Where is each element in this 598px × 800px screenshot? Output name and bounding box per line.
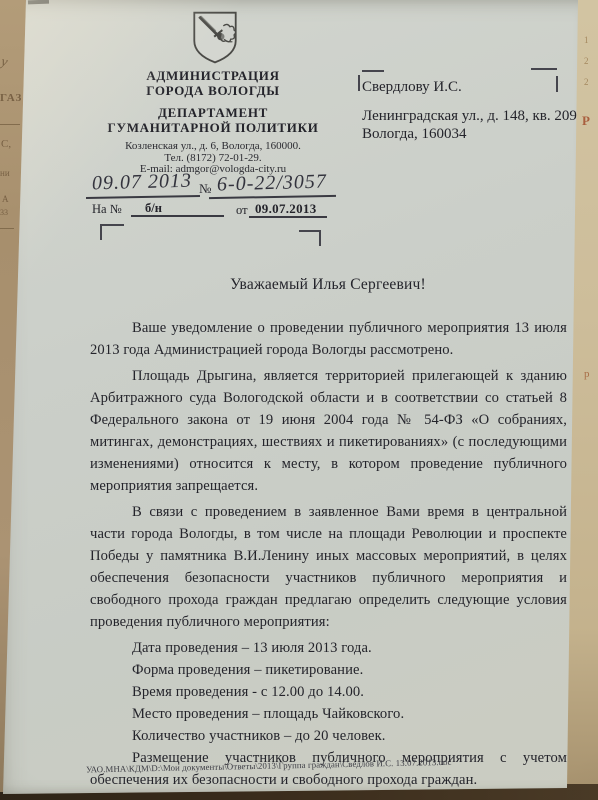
body-paragraph: Ваше уведомление о проведении публичного… <box>90 317 567 361</box>
recipient-address-line1: Ленинградская ул., д. 148, кв. 209 <box>362 108 562 126</box>
recipient-name: Свердлову И.С. <box>362 78 562 96</box>
letter-page: АДМИНИСТРАЦИЯ ГОРОДА ВОЛОГДЫ ДЕПАРТАМЕНТ… <box>0 0 598 800</box>
vologda-coat-of-arms-icon <box>190 11 240 64</box>
reply-date-underline <box>249 216 327 218</box>
corner-mark <box>299 230 321 232</box>
recipient-block: Свердлову И.С. Ленинградская ул., д. 148… <box>362 78 562 143</box>
org-name-line2: ГОРОДА ВОЛОГДЫ <box>82 83 344 98</box>
handwritten-outgoing-number: 6-0-22/3057 <box>217 170 327 196</box>
side-paper-text-fragment: Р <box>582 113 590 129</box>
condition-line: Место проведения – площадь Чайковского. <box>90 703 567 725</box>
org-name-line1: АДМИНИСТРАЦИЯ <box>82 68 344 83</box>
old-paper-text-fragment: у <box>0 55 9 72</box>
photographed-letter-scene: уГАЗС,ниА33 1 2 2Рр АДМИНИСТРАЦИЯ ГОРОДА… <box>0 0 598 800</box>
corner-mark <box>100 224 124 226</box>
condition-line: Форма проведения – пикетирование. <box>90 659 567 681</box>
recipient-corner-mark <box>531 68 557 70</box>
scan-mark <box>28 0 49 4</box>
body-paragraph: В связи с проведением в заявленное Вами … <box>90 501 567 633</box>
condition-line: Время проведения - с 12.00 до 14.00. <box>90 681 567 703</box>
old-paper-text-fragment: ГАЗ <box>0 92 22 104</box>
from-label: от <box>236 203 248 218</box>
corner-mark <box>319 232 321 246</box>
old-paper-text-fragment: С, <box>1 138 11 150</box>
condition-line: Количество участников – до 20 человек. <box>90 725 567 747</box>
condition-line: Дата проведения – 13 июля 2013 года. <box>90 637 567 659</box>
dept-name-line2: ГУМАНИТАРНОЙ ПОЛИТИКИ <box>82 120 344 135</box>
salutation: Уважаемый Илья Сергеевич! <box>90 276 566 294</box>
old-paper-rule <box>0 228 14 229</box>
old-paper-rule <box>0 124 20 125</box>
letterhead: АДМИНИСТРАЦИЯ ГОРОДА ВОЛОГДЫ ДЕПАРТАМЕНТ… <box>82 68 344 176</box>
handwritten-date: 09.07 2013 <box>92 170 193 196</box>
old-paper-text-fragment: ни <box>0 168 10 178</box>
reply-number: б/н <box>145 201 162 216</box>
number-sign: № <box>199 181 211 197</box>
old-paper-text-fragment: А <box>2 194 9 204</box>
date-underline <box>86 195 200 199</box>
reply-to-label: На № <box>92 202 122 217</box>
dept-name-line1: ДЕПАРТАМЕНТ <box>82 105 344 120</box>
reply-number-underline <box>131 215 224 217</box>
side-paper-text-fragment: р <box>584 368 590 380</box>
org-address: Козленская ул., д. 6, Вологда, 160000. <box>82 141 344 153</box>
reply-date: 09.07.2013 <box>255 201 317 217</box>
corner-mark <box>100 225 102 240</box>
recipient-address-line2: Вологда, 160034 <box>362 126 562 144</box>
recipient-corner-mark <box>362 70 384 72</box>
old-paper-text-fragment: 33 <box>0 208 8 217</box>
body-paragraphs: Ваше уведомление о проведении публичного… <box>90 317 567 633</box>
event-conditions: Дата проведения – 13 июля 2013 года.Форм… <box>90 637 567 747</box>
recipient-corner-mark <box>358 75 360 91</box>
side-paper-text-fragment: 1 2 2 <box>584 30 589 93</box>
letter-body: Ваше уведомление о проведении публичного… <box>90 317 567 791</box>
body-paragraph: Площадь Дрыгина, является территорией пр… <box>90 365 567 497</box>
